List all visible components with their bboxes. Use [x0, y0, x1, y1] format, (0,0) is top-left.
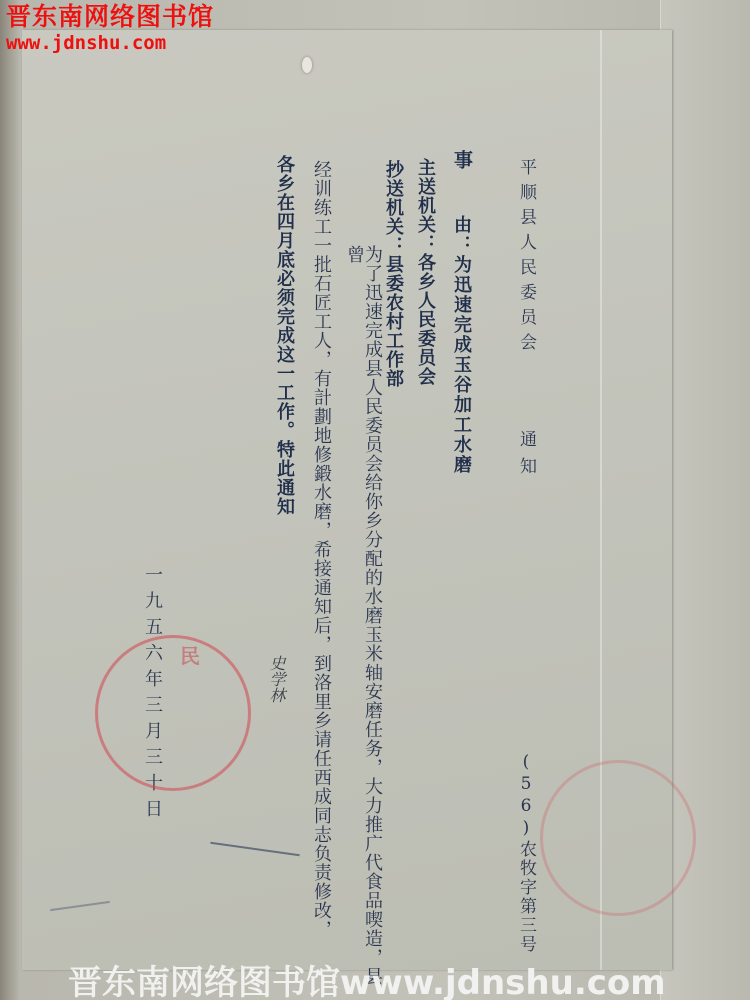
official-seal — [95, 635, 251, 791]
body-paragraph-3: 各乡在四月底必须完成这一工作。特此通知 — [275, 155, 293, 516]
signature: 史学林 — [265, 655, 288, 703]
faded-seal — [540, 760, 696, 916]
watermark-url: www.jdnshu.com — [6, 32, 214, 54]
watermark-bottom: 晋东南网络图书馆www.jdnshu.com — [68, 955, 666, 1000]
official-seal-mark: 民 — [180, 640, 200, 669]
subject-label: 事 — [452, 150, 471, 172]
issuer: 平顺县人民委员会 — [517, 158, 534, 358]
doc-type: 通知 — [517, 430, 534, 484]
document-number: (56)农牧字第三号 — [517, 752, 534, 954]
watermark-top: 晋东南网络图书馆 www.jdnshu.com — [6, 2, 214, 54]
main-recipient: 主送机关：各乡人民委员会 — [416, 158, 434, 386]
body-paragraph-1: 为了迅速完成县人民委员会给你乡分配的水磨玉米轴安磨任务，大力推广代食品喫造，县曾 — [345, 245, 381, 1000]
body-paragraph-2: 经训练工一批石匠工人，有計劃地修鍛水磨，希接通知后，到洛里乡请任西成同志负责修改… — [312, 160, 330, 939]
binding-hole — [302, 57, 312, 73]
subject-text: 由：为迅速完成玉谷加工水磨 — [452, 215, 470, 475]
cc-recipient: 抄送机关：县委农村工作部 — [384, 160, 402, 388]
watermark-title: 晋东南网络图书馆 — [6, 2, 214, 32]
